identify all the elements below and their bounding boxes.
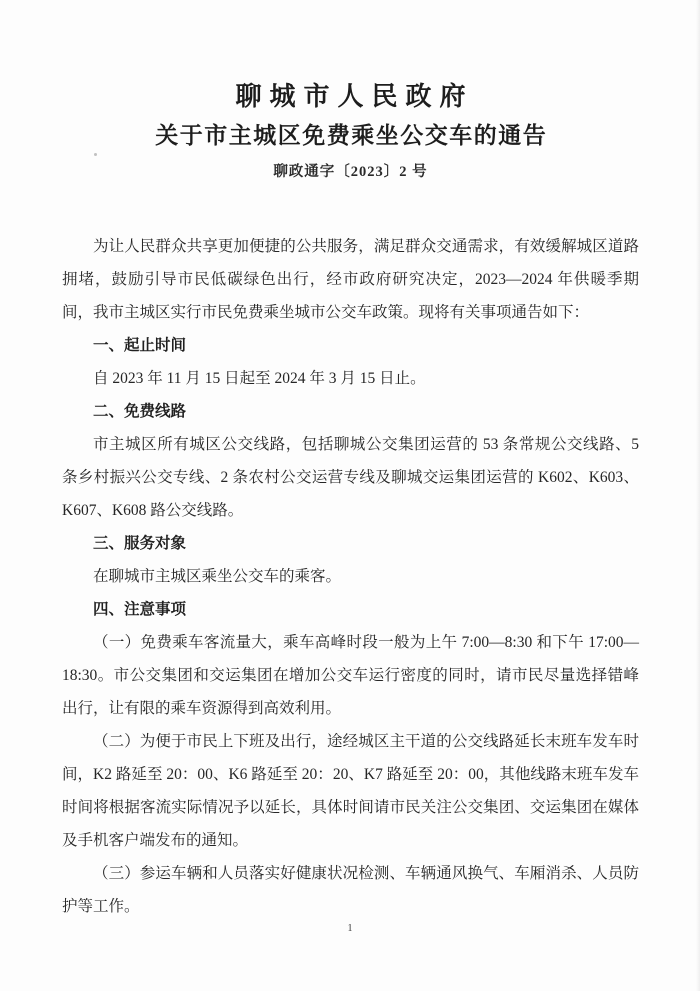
- document-number: 聊政通字〔2023〕2 号: [62, 162, 639, 182]
- paragraph-free-routes: 市主城区所有城区公交线路，包括聊城公交集团运营的 53 条常规公交线路、5 条乡…: [62, 428, 639, 527]
- document-title: 聊城市人民政府: [62, 82, 639, 112]
- note-paragraph-1: （一）免费乘车客流量大，乘车高峰时段一般为上午 7:00—8:30 和下午 17…: [62, 626, 639, 725]
- document-subtitle: 关于市主城区免费乘坐公交车的通告: [62, 121, 639, 151]
- page-number: 1: [0, 922, 700, 936]
- note-paragraph-3: （三）参运车辆和人员落实好健康状况检测、车辆通风换气、车厢消杀、人员防护等工作。: [62, 857, 639, 923]
- document-page: 聊城市人民政府 关于市主城区免费乘坐公交车的通告 聊政通字〔2023〕2 号 为…: [0, 0, 700, 991]
- scan-edge-shading: [696, 0, 700, 991]
- paragraph-service-target: 在聊城市主城区乘坐公交车的乘客。: [62, 560, 639, 593]
- section-heading-free-routes: 二、免费线路: [62, 395, 639, 428]
- document-content: 聊城市人民政府 关于市主城区免费乘坐公交车的通告 聊政通字〔2023〕2 号 为…: [62, 0, 639, 923]
- section-heading-notes: 四、注意事项: [62, 593, 639, 626]
- section-heading-start-end-time: 一、起止时间: [62, 329, 639, 362]
- document-body: 为让人民群众共享更加便捷的公共服务，满足群众交通需求，有效缓解城区道路拥堵，鼓励…: [62, 230, 639, 923]
- paragraph-start-end-time: 自 2023 年 11 月 15 日起至 2024 年 3 月 15 日止。: [62, 362, 639, 395]
- intro-paragraph: 为让人民群众共享更加便捷的公共服务，满足群众交通需求，有效缓解城区道路拥堵，鼓励…: [62, 230, 639, 329]
- note-paragraph-2: （二）为便于市民上下班及出行，途经城区主干道的公交线路延长末班车发车时间，K2 …: [62, 725, 639, 857]
- section-heading-service-target: 三、服务对象: [62, 527, 639, 560]
